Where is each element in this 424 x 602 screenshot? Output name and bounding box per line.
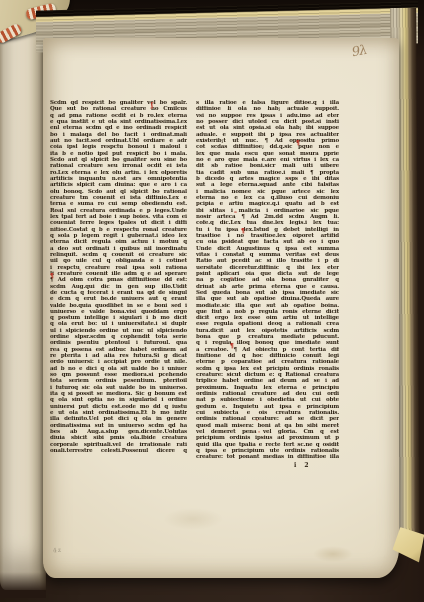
text-line: creature: tot ponant medias in diffiniti… xyxy=(196,454,339,460)
quire-signature: i 2 xyxy=(294,462,312,469)
text-column-1: Scdm qd respicit bo gnaliter vel bo spal… xyxy=(50,100,187,454)
page-stain xyxy=(313,546,353,562)
book-photograph: 9λ Scdm qd respicit bo gnaliter vel bo s… xyxy=(0,0,424,602)
text-column-2: s illa ratioe e falsa figure ditioe.q i … xyxy=(196,100,339,461)
left-page-edges xyxy=(0,22,46,590)
text-line: onali.terrestre celesti.Possenul dicere … xyxy=(50,448,187,454)
page-stain xyxy=(163,508,223,530)
pencil-mark: 4z xyxy=(53,547,63,555)
folio-number: 9λ xyxy=(351,43,368,60)
